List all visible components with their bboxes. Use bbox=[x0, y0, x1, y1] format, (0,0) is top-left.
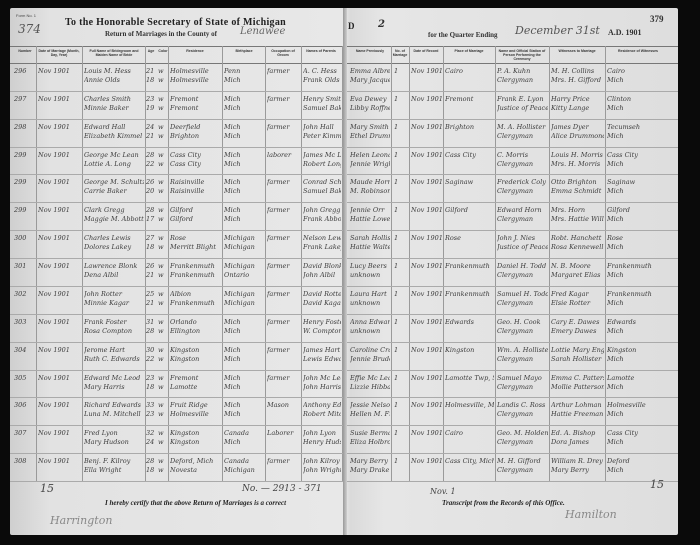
cell-parents: John GreggFrank Abbott bbox=[303, 206, 341, 224]
cell-recdate: Nov 1901 bbox=[411, 234, 442, 243]
cell-text: Deford bbox=[607, 457, 671, 466]
cell-groom: Edward Mc LeodMary Harris bbox=[84, 374, 144, 392]
cell-text: Mason bbox=[267, 401, 300, 410]
cell-text: Canada bbox=[224, 457, 264, 466]
cell-text: 24 bbox=[146, 123, 156, 132]
cell-text: 23 bbox=[146, 374, 156, 383]
cell-prev: Emma AlbrechtMary Jacques bbox=[350, 67, 390, 85]
cell-text: Nov 1901 bbox=[38, 234, 80, 243]
cell-occ: farmer bbox=[267, 374, 300, 383]
cell-text: Frankenmuth bbox=[607, 262, 671, 271]
cell-text: Mich bbox=[224, 123, 264, 132]
cell-text: Richard Edwards bbox=[84, 401, 144, 410]
cell-text: Jennie Orr bbox=[350, 206, 390, 215]
cell-text: Frank Olds bbox=[303, 76, 341, 85]
cell-res: GilfordGilford bbox=[170, 206, 220, 224]
cell-text: Kingston bbox=[170, 429, 220, 438]
color-mark: w bbox=[158, 383, 168, 392]
cell-text: Laura Hart bbox=[350, 290, 390, 299]
cell-officiant: Wm. A. HollisterClergyman bbox=[497, 346, 548, 364]
color-mark: w bbox=[158, 466, 168, 475]
certification-text: I hereby certify that the above Return o… bbox=[105, 499, 286, 507]
cell-text: Mary Berry bbox=[551, 466, 604, 475]
color-mark: w bbox=[158, 123, 168, 132]
cell-parents: David BlonkJohn Albil bbox=[303, 262, 341, 280]
cell-text: Brighton bbox=[445, 123, 494, 132]
cell-text: C. Morris bbox=[497, 151, 548, 160]
cell-date: Nov 1901 bbox=[38, 429, 80, 438]
col-record-date: Date of Record bbox=[410, 49, 442, 53]
cell-wres: RoseMich bbox=[607, 234, 671, 252]
cell-res: Fruit RidgeHolmesville bbox=[170, 401, 220, 419]
cell-text: Tecumseh bbox=[607, 123, 671, 132]
cell-text: Clinton bbox=[607, 95, 671, 104]
cell-text: Clergyman bbox=[497, 410, 548, 419]
cell-occ: farmer bbox=[267, 457, 300, 466]
cell-age: 3022 bbox=[146, 346, 156, 364]
cell-text: Lucy Beers bbox=[350, 262, 390, 271]
cell-res: Deford, MichNovesta bbox=[170, 457, 220, 475]
county-name: Lenawee bbox=[240, 26, 285, 37]
cell-color: ww bbox=[158, 151, 168, 169]
cell-text: Elizabeth Kimmel bbox=[84, 132, 144, 141]
margin-note: No. — 2913 - 371 bbox=[242, 484, 322, 494]
cell-text: Ruth C. Edwards bbox=[84, 355, 144, 364]
cell-text: Nov 1901 bbox=[411, 151, 442, 160]
cell-mno: 1 bbox=[394, 346, 408, 355]
cell-officiant: Geo. H. CookClergyman bbox=[497, 318, 548, 336]
cell-date: Nov 1901 bbox=[38, 346, 80, 355]
cell-text: Mrs. H. Gifford bbox=[551, 76, 604, 85]
cell-officiant: Landis C. RossClergyman bbox=[497, 401, 548, 419]
cell-text: 297 bbox=[14, 95, 36, 104]
cell-groom: Richard EdwardsLuna M. Mitchell bbox=[84, 401, 144, 419]
cell-text: Mich bbox=[607, 187, 671, 196]
cell-text: Justice of Peace bbox=[497, 104, 548, 113]
cell-groom: George M. SchultzCarrie Baker bbox=[84, 178, 144, 196]
cell-text: Luna M. Mitchell bbox=[84, 410, 144, 419]
cell-text: Mich bbox=[607, 132, 671, 141]
cell-officiant: Geo. M. HoldenClergyman bbox=[497, 429, 548, 447]
cell-text: 300 bbox=[14, 234, 36, 243]
cell-color: ww bbox=[158, 206, 168, 224]
cell-age: 2318 bbox=[146, 374, 156, 392]
cell-text: 18 bbox=[146, 383, 156, 392]
cell-groom: Jerome HartRuth C. Edwards bbox=[84, 346, 144, 364]
col-residence: Residence bbox=[170, 49, 220, 53]
cell-wit: James DyerAlice Drummond bbox=[551, 123, 604, 141]
clerk-signature: Harrington bbox=[50, 514, 112, 527]
cell-mno: 1 bbox=[394, 318, 408, 327]
cell-text: unknown bbox=[350, 271, 390, 280]
cell-text: farmer bbox=[267, 457, 300, 466]
cell-text: Nov 1901 bbox=[38, 67, 80, 76]
transcript-text: Transcript from the Records of this Offi… bbox=[442, 499, 565, 507]
cell-text: Frank Abbott bbox=[303, 215, 341, 224]
cell-text: Fremont bbox=[445, 95, 494, 104]
cell-text: Mich bbox=[224, 187, 264, 196]
cell-age: 2118 bbox=[146, 67, 156, 85]
cell-color: ww bbox=[158, 346, 168, 364]
color-mark: w bbox=[158, 234, 168, 243]
cell-text: Mary Smith bbox=[350, 123, 390, 132]
col-number: Number bbox=[14, 49, 36, 53]
cell-mno: 1 bbox=[394, 151, 408, 160]
cell-text: Deford, Mich bbox=[170, 457, 220, 466]
cell-text: Margaret Elias bbox=[551, 271, 604, 280]
cell-text: Mary Berry bbox=[350, 457, 390, 466]
cell-text: Michigan bbox=[224, 466, 264, 475]
cell-birth: MichMich bbox=[224, 95, 264, 113]
cell-res: FrankenmuthFrankenmuth bbox=[170, 262, 220, 280]
cell-num: 306 bbox=[14, 401, 36, 410]
cell-wres: FrankenmuthMich bbox=[607, 290, 671, 308]
cell-text: Edwards bbox=[445, 318, 494, 327]
cell-text: farmer bbox=[267, 206, 300, 215]
cell-text: Nov 1901 bbox=[411, 234, 442, 243]
cell-groom: Benj. F. KilroyElla Wright bbox=[84, 457, 144, 475]
cell-officiant: Frederick ColyClergyman bbox=[497, 178, 548, 196]
color-mark: w bbox=[158, 262, 168, 271]
cell-text: Gilford bbox=[607, 206, 671, 215]
cell-text: N. B. Moore bbox=[551, 262, 604, 271]
cell-parents: James Mc LeanRobert Long bbox=[303, 151, 341, 169]
cell-text: Geo. H. Cook bbox=[497, 318, 548, 327]
color-mark: w bbox=[158, 374, 168, 383]
color-mark: w bbox=[158, 243, 168, 252]
cell-text: 299 bbox=[14, 178, 36, 187]
cell-occ: farmer bbox=[267, 206, 300, 215]
color-mark: w bbox=[158, 151, 168, 160]
cell-text: Mich bbox=[224, 355, 264, 364]
cell-text: 32 bbox=[146, 429, 156, 438]
cell-wres: TecumsehMich bbox=[607, 123, 671, 141]
cell-age: 2319 bbox=[146, 95, 156, 113]
cell-wit: Lottie Mary EngleSarah Hollister bbox=[551, 346, 604, 364]
register-row: 299Nov 1901George M. SchultzCarrie Baker… bbox=[10, 175, 678, 203]
cell-wit: M. H. CollinsMrs. H. Gifford bbox=[551, 67, 604, 85]
col-officiant: Name and Official Station of Person Perf… bbox=[496, 49, 548, 61]
cell-text: Eva Dewey bbox=[350, 95, 390, 104]
cell-text: 1 bbox=[394, 429, 408, 438]
cell-text: Mich bbox=[607, 104, 671, 113]
cell-prev: Eva DeweyLibby Roffner bbox=[350, 95, 390, 113]
cell-color: ww bbox=[158, 318, 168, 336]
cell-place: Holmesville, Mich bbox=[445, 401, 494, 410]
cell-text: Lottie Mary Engle bbox=[551, 346, 604, 355]
cell-parents: Nelson LewisFrank Lakey bbox=[303, 234, 341, 252]
cell-text: John Kilroy bbox=[303, 457, 341, 466]
color-mark: w bbox=[158, 299, 168, 308]
cell-text: John Hall bbox=[303, 123, 341, 132]
cell-text: Nov 1901 bbox=[411, 318, 442, 327]
cell-text: John Mc Leod bbox=[303, 374, 341, 383]
cell-place: Cairo bbox=[445, 429, 494, 438]
cell-text: Charles Smith bbox=[84, 95, 144, 104]
cell-prev: Mary SmithEthel Drummond bbox=[350, 123, 390, 141]
cell-officiant: C. MorrisClergyman bbox=[497, 151, 548, 169]
cell-recdate: Nov 1901 bbox=[411, 374, 442, 383]
cell-res: RaisinvilleRaisinville bbox=[170, 178, 220, 196]
color-mark: w bbox=[158, 104, 168, 113]
cell-text: Kingston bbox=[170, 346, 220, 355]
cell-text: George M. Schultz bbox=[84, 178, 144, 187]
cell-text: Mrs. Hattie Williams bbox=[551, 215, 604, 224]
color-mark: w bbox=[158, 290, 168, 299]
cell-text: 22 bbox=[146, 355, 156, 364]
register-row: 296Nov 1901Louis M. HessAnnie Olds2118ww… bbox=[10, 64, 678, 92]
district-number: 2 bbox=[378, 19, 385, 30]
cell-text: Emma Schmidt bbox=[551, 187, 604, 196]
cell-text: 308 bbox=[14, 457, 36, 466]
cell-text: Albion bbox=[170, 290, 220, 299]
cell-text: Clergyman bbox=[497, 383, 548, 392]
cell-text: Kingston bbox=[170, 438, 220, 447]
cell-text: Lamotte bbox=[607, 374, 671, 383]
cell-mno: 1 bbox=[394, 95, 408, 104]
cell-text: 1 bbox=[394, 234, 408, 243]
cell-text: Nov 1901 bbox=[38, 457, 80, 466]
cell-groom: Fred LyonMary Hudson bbox=[84, 429, 144, 447]
page-number-left: 374 bbox=[18, 22, 41, 36]
cell-text: Mich bbox=[224, 327, 264, 336]
cell-text: Libby Roffner bbox=[350, 104, 390, 113]
cell-occ: farmer bbox=[267, 346, 300, 355]
cell-prev: Mary BerryMary Drake bbox=[350, 457, 390, 475]
cell-text: Emma C. Patterson bbox=[551, 374, 604, 383]
cell-text: Maude Horn bbox=[350, 178, 390, 187]
cell-text: John Wright bbox=[303, 466, 341, 475]
cell-age: 2421 bbox=[146, 123, 156, 141]
cell-text: Nov 1901 bbox=[38, 262, 80, 271]
cell-num: 300 bbox=[14, 234, 36, 243]
cell-text: Jerome Hart bbox=[84, 346, 144, 355]
rule-line bbox=[342, 46, 343, 482]
cell-age: 2521 bbox=[146, 290, 156, 308]
cell-mno: 1 bbox=[394, 262, 408, 271]
cell-text: Novesta bbox=[170, 466, 220, 475]
cell-place: Kingston bbox=[445, 346, 494, 355]
cell-text: Otto Brighton bbox=[551, 178, 604, 187]
cell-place: Cass City, Mich bbox=[445, 457, 494, 466]
register-row: 302Nov 1901John RotterMinnie Kagar2521ww… bbox=[10, 287, 678, 315]
col-marriage-no: No. of Marriage bbox=[392, 49, 408, 57]
color-mark: w bbox=[158, 178, 168, 187]
cell-text: 298 bbox=[14, 123, 36, 132]
cell-text: James Mc Lean bbox=[303, 151, 341, 160]
cell-groom: Louis M. HessAnnie Olds bbox=[84, 67, 144, 85]
cell-wit: Arthur LohmanHattie Freeman bbox=[551, 401, 604, 419]
cell-wres: FrankenmuthMich bbox=[607, 262, 671, 280]
title-line-2: Return of Marriages in the County of bbox=[105, 30, 217, 38]
cell-text: Minnie Kagar bbox=[84, 299, 144, 308]
register-row: 305Nov 1901Edward Mc LeodMary Harris2318… bbox=[10, 371, 678, 399]
color-mark: w bbox=[158, 160, 168, 169]
cell-text: Edwards bbox=[607, 318, 671, 327]
cell-mno: 1 bbox=[394, 374, 408, 383]
page-header: Form No. 1 374 To the Honorable Secretar… bbox=[10, 8, 678, 46]
cell-text: Cary E. Dawes bbox=[551, 318, 604, 327]
cell-text: Annie Olds bbox=[84, 76, 144, 85]
cell-parents: David RotterDavid Kagar bbox=[303, 290, 341, 308]
cell-text: William R. Drey bbox=[551, 457, 604, 466]
cell-text: Mich bbox=[607, 355, 671, 364]
cell-birth: MichMich bbox=[224, 346, 264, 364]
cell-text: Clergyman bbox=[497, 76, 548, 85]
cell-mno: 1 bbox=[394, 206, 408, 215]
cell-text: Nov 1901 bbox=[411, 262, 442, 271]
cell-text: Nov 1901 bbox=[38, 206, 80, 215]
cell-text: Robert Mitchell bbox=[303, 410, 341, 419]
cell-text: 18 bbox=[146, 76, 156, 85]
cell-text: Clergyman bbox=[497, 215, 548, 224]
color-mark: w bbox=[158, 215, 168, 224]
cell-text: John J. Nies bbox=[497, 234, 548, 243]
cell-groom: Clark GreggMaggie M. Abbott bbox=[84, 206, 144, 224]
cell-recdate: Nov 1901 bbox=[411, 123, 442, 132]
cell-text: Mich bbox=[224, 215, 264, 224]
cell-recdate: Nov 1901 bbox=[411, 457, 442, 466]
cell-text: Nov 1901 bbox=[411, 429, 442, 438]
cell-text: Gilford bbox=[170, 206, 220, 215]
cell-text: Fremont bbox=[170, 374, 220, 383]
col-place: Place of Marriage bbox=[444, 49, 494, 53]
cell-wres: HolmesvilleMich bbox=[607, 401, 671, 419]
cell-wres: Cass CityMich bbox=[607, 151, 671, 169]
register-row: 308Nov 1901Benj. F. KilroyElla Wright281… bbox=[10, 454, 678, 482]
cell-text: Arthur Lohman bbox=[551, 401, 604, 410]
column-headers: Number Date of Marriage (Month, Day, Yea… bbox=[10, 46, 678, 64]
cell-text: Saginaw bbox=[607, 178, 671, 187]
cell-text: 299 bbox=[14, 206, 36, 215]
cell-recdate: Nov 1901 bbox=[411, 262, 442, 271]
cell-mno: 1 bbox=[394, 429, 408, 438]
cell-color: ww bbox=[158, 178, 168, 196]
cell-text: Mich bbox=[607, 243, 671, 252]
cell-text: Nelson Lewis bbox=[303, 234, 341, 243]
cell-text: 1 bbox=[394, 401, 408, 410]
cell-res: RoseMerritt Blight bbox=[170, 234, 220, 252]
cell-occ: farmer bbox=[267, 290, 300, 299]
cell-text: 1 bbox=[394, 178, 408, 187]
cell-text: 305 bbox=[14, 374, 36, 383]
cell-text: Mich bbox=[224, 374, 264, 383]
cell-text: 1 bbox=[394, 318, 408, 327]
cell-text: 1 bbox=[394, 123, 408, 132]
cell-text: 21 bbox=[146, 132, 156, 141]
cell-text: Mich bbox=[607, 327, 671, 336]
cell-text: 18 bbox=[146, 243, 156, 252]
cell-text: Cairo bbox=[445, 429, 494, 438]
cell-recdate: Nov 1901 bbox=[411, 318, 442, 327]
cell-text: Cairo bbox=[607, 67, 671, 76]
cell-wres: GilfordMich bbox=[607, 206, 671, 224]
cell-num: 297 bbox=[14, 95, 36, 104]
color-mark: w bbox=[158, 401, 168, 410]
cell-parents: John KilroyJohn Wright bbox=[303, 457, 341, 475]
cell-text: Gilford bbox=[170, 215, 220, 224]
cell-text: Ethel Drummond bbox=[350, 132, 390, 141]
cell-text: Michigan bbox=[224, 243, 264, 252]
cell-parents: James HartLewis Edwards bbox=[303, 346, 341, 364]
cell-birth: CanadaMich bbox=[224, 429, 264, 447]
cell-text: Susie Berman bbox=[350, 429, 390, 438]
cell-text: Henry Hudson bbox=[303, 438, 341, 447]
cell-text: Mich bbox=[224, 132, 264, 141]
cell-parents: Henry FosterW. Compton bbox=[303, 318, 341, 336]
cell-text: 21 bbox=[146, 299, 156, 308]
cell-groom: Charles LewisDolores Lakey bbox=[84, 234, 144, 252]
cell-mno: 1 bbox=[394, 457, 408, 466]
cell-place: Cairo bbox=[445, 67, 494, 76]
cell-text: Frankenmuth bbox=[170, 262, 220, 271]
cell-text: 28 bbox=[146, 151, 156, 160]
cell-text: Dora James bbox=[551, 438, 604, 447]
cell-place: Fremont bbox=[445, 95, 494, 104]
cell-text: Robt. Hanchett bbox=[551, 234, 604, 243]
cell-text: 302 bbox=[14, 290, 36, 299]
margin-note-right: Nov. 1 bbox=[430, 487, 456, 496]
cell-age: 2621 bbox=[146, 262, 156, 280]
cell-prev: Sarah HollisHattie Walters bbox=[350, 234, 390, 252]
cell-text: Samuel Mayo bbox=[497, 374, 548, 383]
cell-occ: farmer bbox=[267, 318, 300, 327]
cell-text: Frankenmuth bbox=[445, 290, 494, 299]
cell-recdate: Nov 1901 bbox=[411, 95, 442, 104]
cell-occ: farmer bbox=[267, 95, 300, 104]
cell-text: Kingston bbox=[607, 346, 671, 355]
cell-text: Penn bbox=[224, 67, 264, 76]
cell-birth: MichMich bbox=[224, 401, 264, 419]
cell-text: farmer bbox=[267, 234, 300, 243]
cell-text: Mich bbox=[607, 438, 671, 447]
cell-text: Emery Dawes bbox=[551, 327, 604, 336]
cell-num: 301 bbox=[14, 262, 36, 271]
col-date: Date of Marriage (Month, Day, Year) bbox=[38, 49, 80, 57]
cell-text: Clark Gregg bbox=[84, 206, 144, 215]
cell-num: 296 bbox=[14, 67, 36, 76]
cell-text: Nov 1901 bbox=[411, 374, 442, 383]
cell-text: Mich bbox=[224, 95, 264, 104]
cell-text: Mich bbox=[607, 215, 671, 224]
register-row: 299Nov 1901George Mc LeanLottie A. Long2… bbox=[10, 148, 678, 176]
cell-text: 1 bbox=[394, 206, 408, 215]
cell-date: Nov 1901 bbox=[38, 234, 80, 243]
register-row: 306Nov 1901Richard EdwardsLuna M. Mitche… bbox=[10, 398, 678, 426]
cell-text: Lamotte Twp, Sanilac Co bbox=[445, 374, 494, 383]
cell-text: Caroline Crane bbox=[350, 346, 390, 355]
cell-text: Clergyman bbox=[497, 160, 548, 169]
cell-officiant: M. A. HollisterClergyman bbox=[497, 123, 548, 141]
cell-text: Mary Jacques bbox=[350, 76, 390, 85]
cell-age: 2818 bbox=[146, 457, 156, 475]
cell-text: farmer bbox=[267, 290, 300, 299]
cell-text: Mary Harris bbox=[84, 383, 144, 392]
color-mark: w bbox=[158, 132, 168, 141]
cell-text: Nov 1901 bbox=[411, 95, 442, 104]
cell-text: Mich bbox=[224, 383, 264, 392]
cell-text: Mich bbox=[224, 151, 264, 160]
cell-text: John Harris bbox=[303, 383, 341, 392]
cell-text: Nov 1901 bbox=[38, 429, 80, 438]
cell-wit: William R. DreyMary Berry bbox=[551, 457, 604, 475]
cell-parents: John HallPeter Kimmel bbox=[303, 123, 341, 141]
cell-prev: Helen LeonardJennie Wright bbox=[350, 151, 390, 169]
cell-res: DeerfieldBrighton bbox=[170, 123, 220, 141]
cell-color: ww bbox=[158, 234, 168, 252]
cell-text: 301 bbox=[14, 262, 36, 271]
cell-text: Brighton bbox=[170, 132, 220, 141]
